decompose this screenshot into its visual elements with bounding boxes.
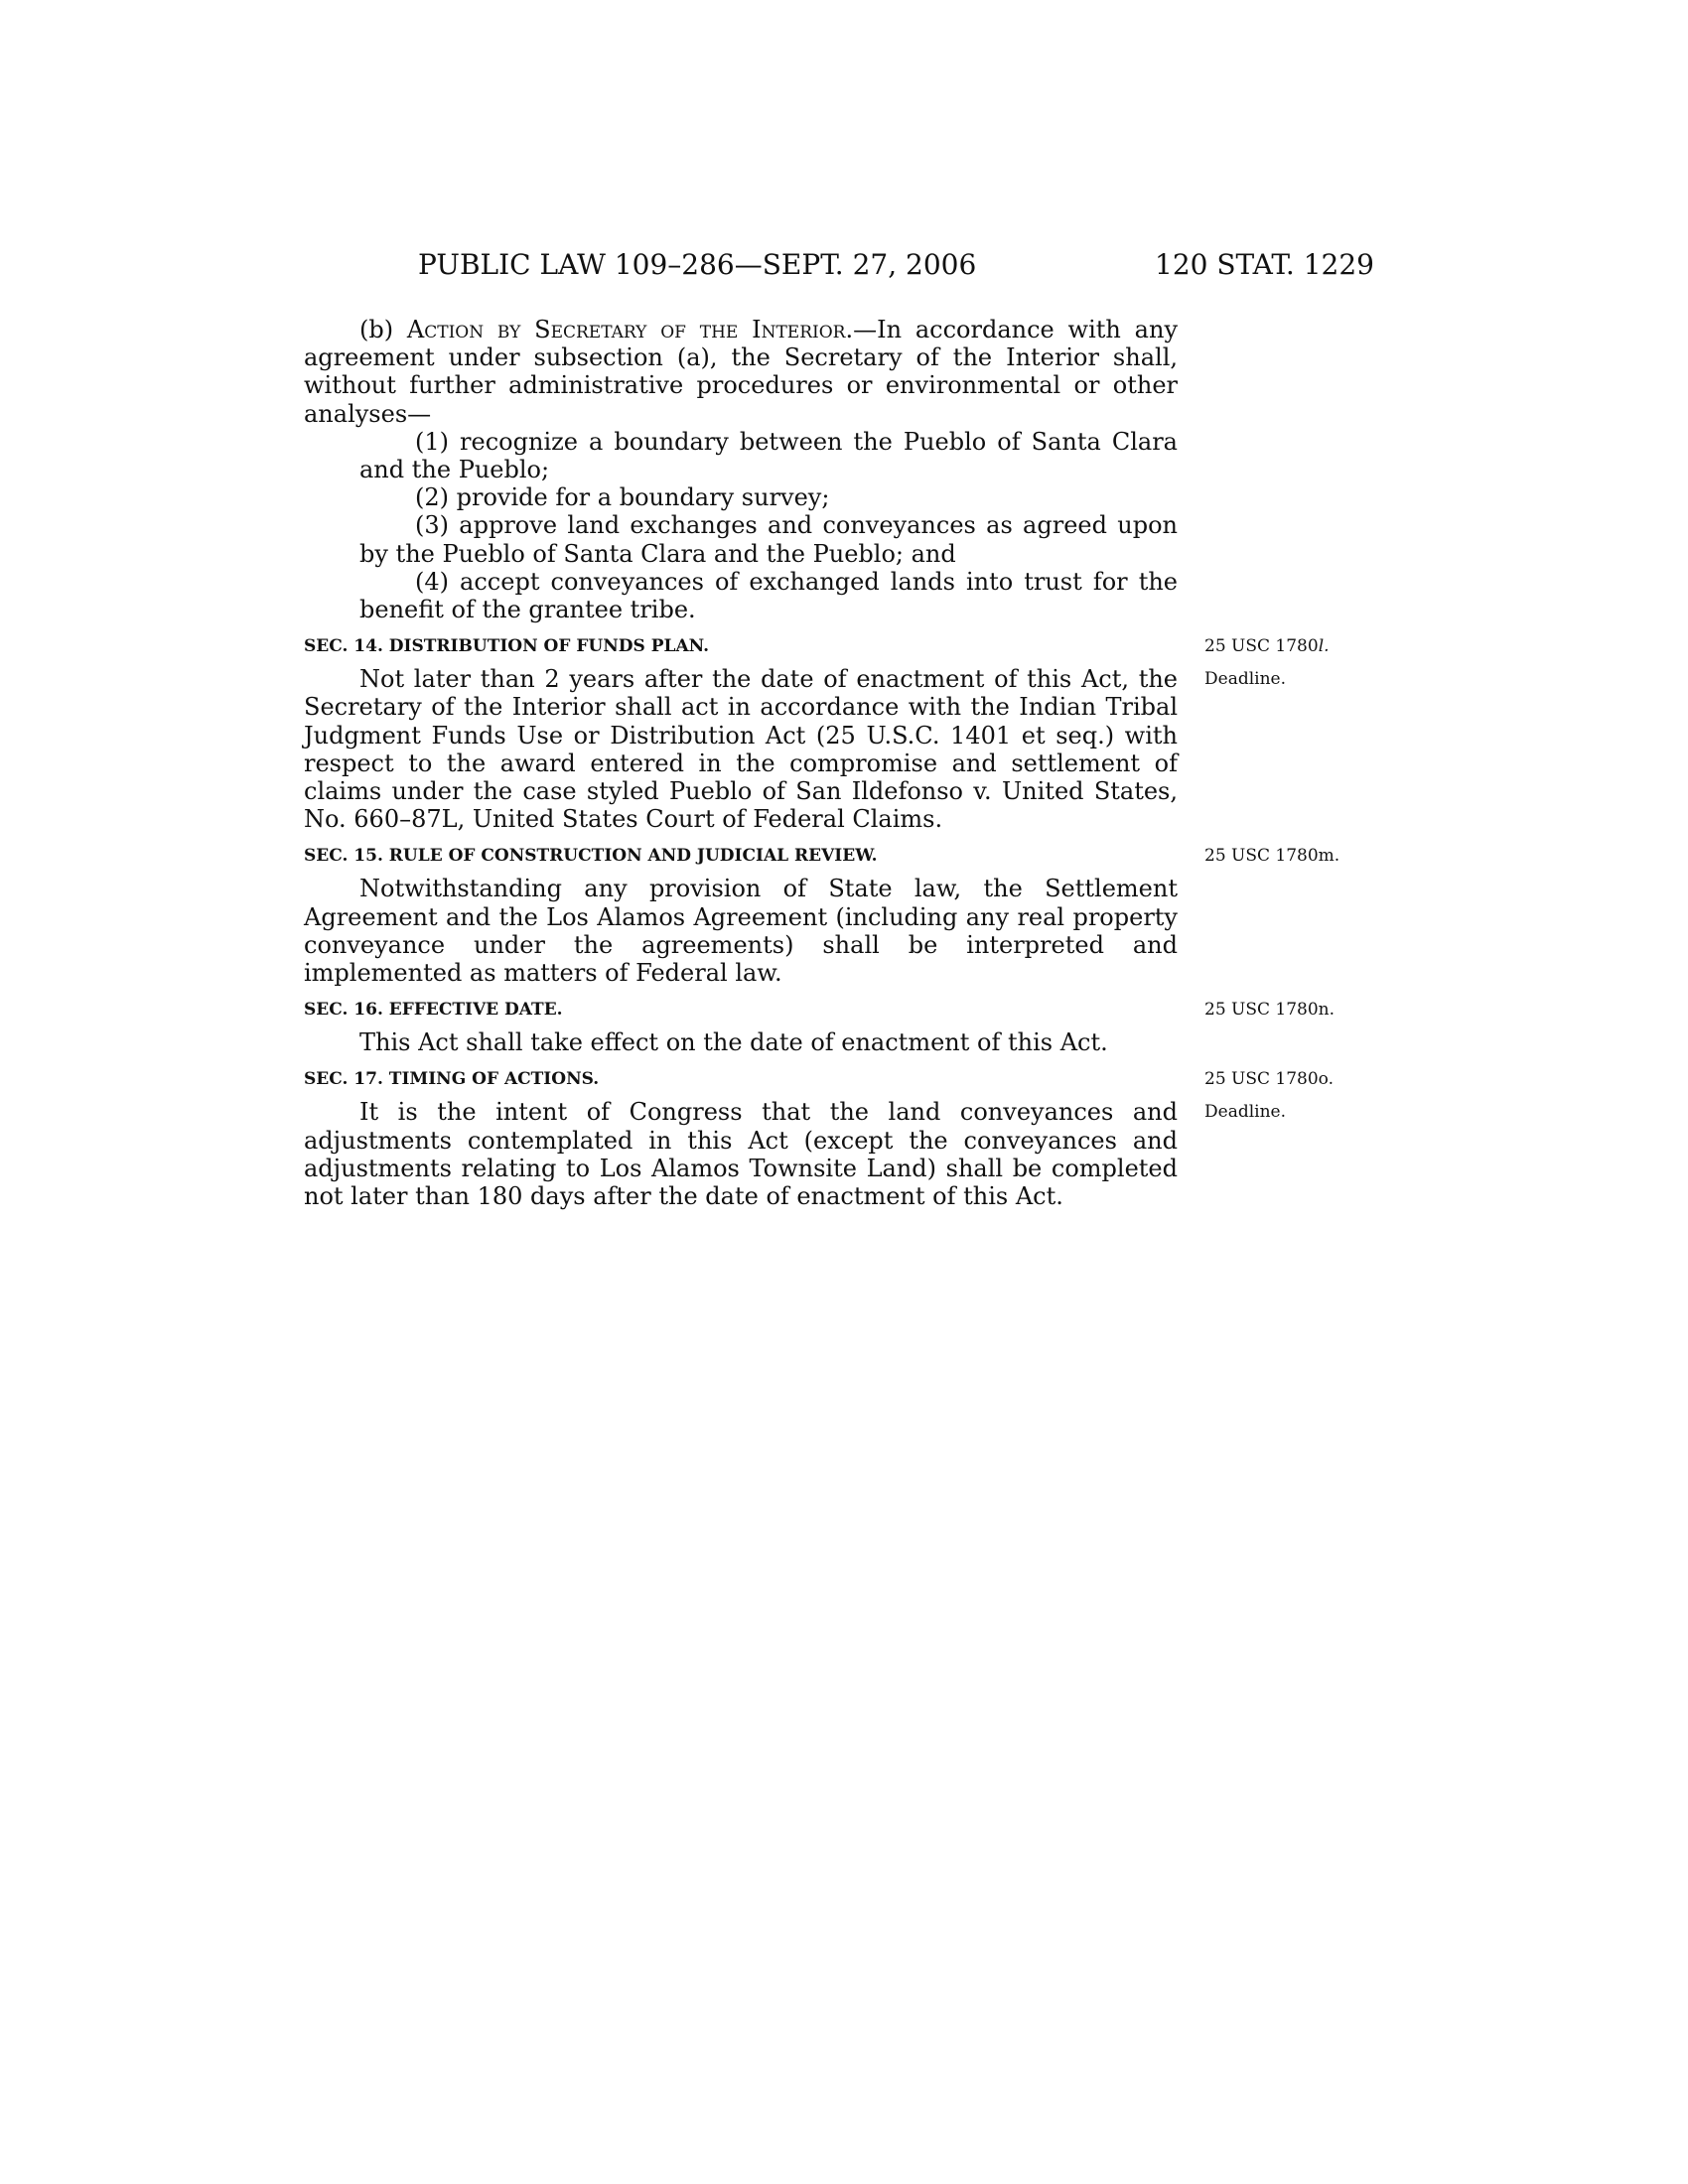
document-page: PUBLIC LAW 109–286—SEPT. 27, 2006 120 ST… (0, 0, 1688, 2184)
list-item-4: (4) accept conveyances of exchanged land… (359, 568, 1178, 623)
usc-citation: 25 USC 1780m. (1204, 845, 1339, 867)
section-text: This Act shall take effect on the date o… (304, 1028, 1178, 1056)
deadline-note: Deadline. (1204, 1101, 1286, 1123)
section-15: SEC. 15. RULE OF CONSTRUCTION AND JUDICI… (304, 845, 1178, 987)
section-heading: SEC. 17. TIMING OF ACTIONS. 25 USC 1780o… (304, 1068, 1178, 1090)
subsection-b-paragraph: (b) Action by Secretary of the Interior.… (304, 316, 1178, 428)
section-14: SEC. 14. DISTRIBUTION OF FUNDS PLAN. 25 … (304, 635, 1178, 833)
section-17: SEC. 17. TIMING OF ACTIONS. 25 USC 1780o… (304, 1068, 1178, 1210)
usc-citation: 25 USC 1780l. (1204, 635, 1330, 657)
public-law-title: PUBLIC LAW 109–286—SEPT. 27, 2006 (418, 248, 976, 281)
section-heading: SEC. 14. DISTRIBUTION OF FUNDS PLAN. 25 … (304, 635, 1178, 657)
usc-citation: 25 USC 1780o. (1204, 1068, 1334, 1090)
subsection-heading: Action by Secretary of the Interior. (407, 316, 853, 343)
section-heading: SEC. 16. EFFECTIVE DATE. 25 USC 1780n. (304, 999, 1178, 1021)
subsection-label: (b) (359, 316, 393, 343)
running-head: PUBLIC LAW 109–286—SEPT. 27, 2006 120 ST… (418, 248, 1374, 288)
deadline-note: Deadline. (1204, 668, 1286, 690)
section-text: It is the intent of Congress that the la… (304, 1098, 1178, 1210)
section-text: Not later than 2 years after the date of… (304, 665, 1178, 833)
section-text: Notwithstanding any provision of State l… (304, 875, 1178, 987)
usc-citation: 25 USC 1780n. (1204, 999, 1335, 1021)
statute-page-ref: 120 STAT. 1229 (1155, 248, 1374, 281)
list-item-2: (2) provide for a boundary survey; (359, 483, 1178, 511)
list-item-3: (3) approve land exchanges and conveyanc… (359, 511, 1178, 567)
section-16: SEC. 16. EFFECTIVE DATE. 25 USC 1780n. T… (304, 999, 1178, 1056)
list-item-1: (1) recognize a boundary between the Pue… (359, 428, 1178, 483)
document-body: (b) Action by Secretary of the Interior.… (304, 316, 1178, 1210)
section-heading: SEC. 15. RULE OF CONSTRUCTION AND JUDICI… (304, 845, 1178, 867)
